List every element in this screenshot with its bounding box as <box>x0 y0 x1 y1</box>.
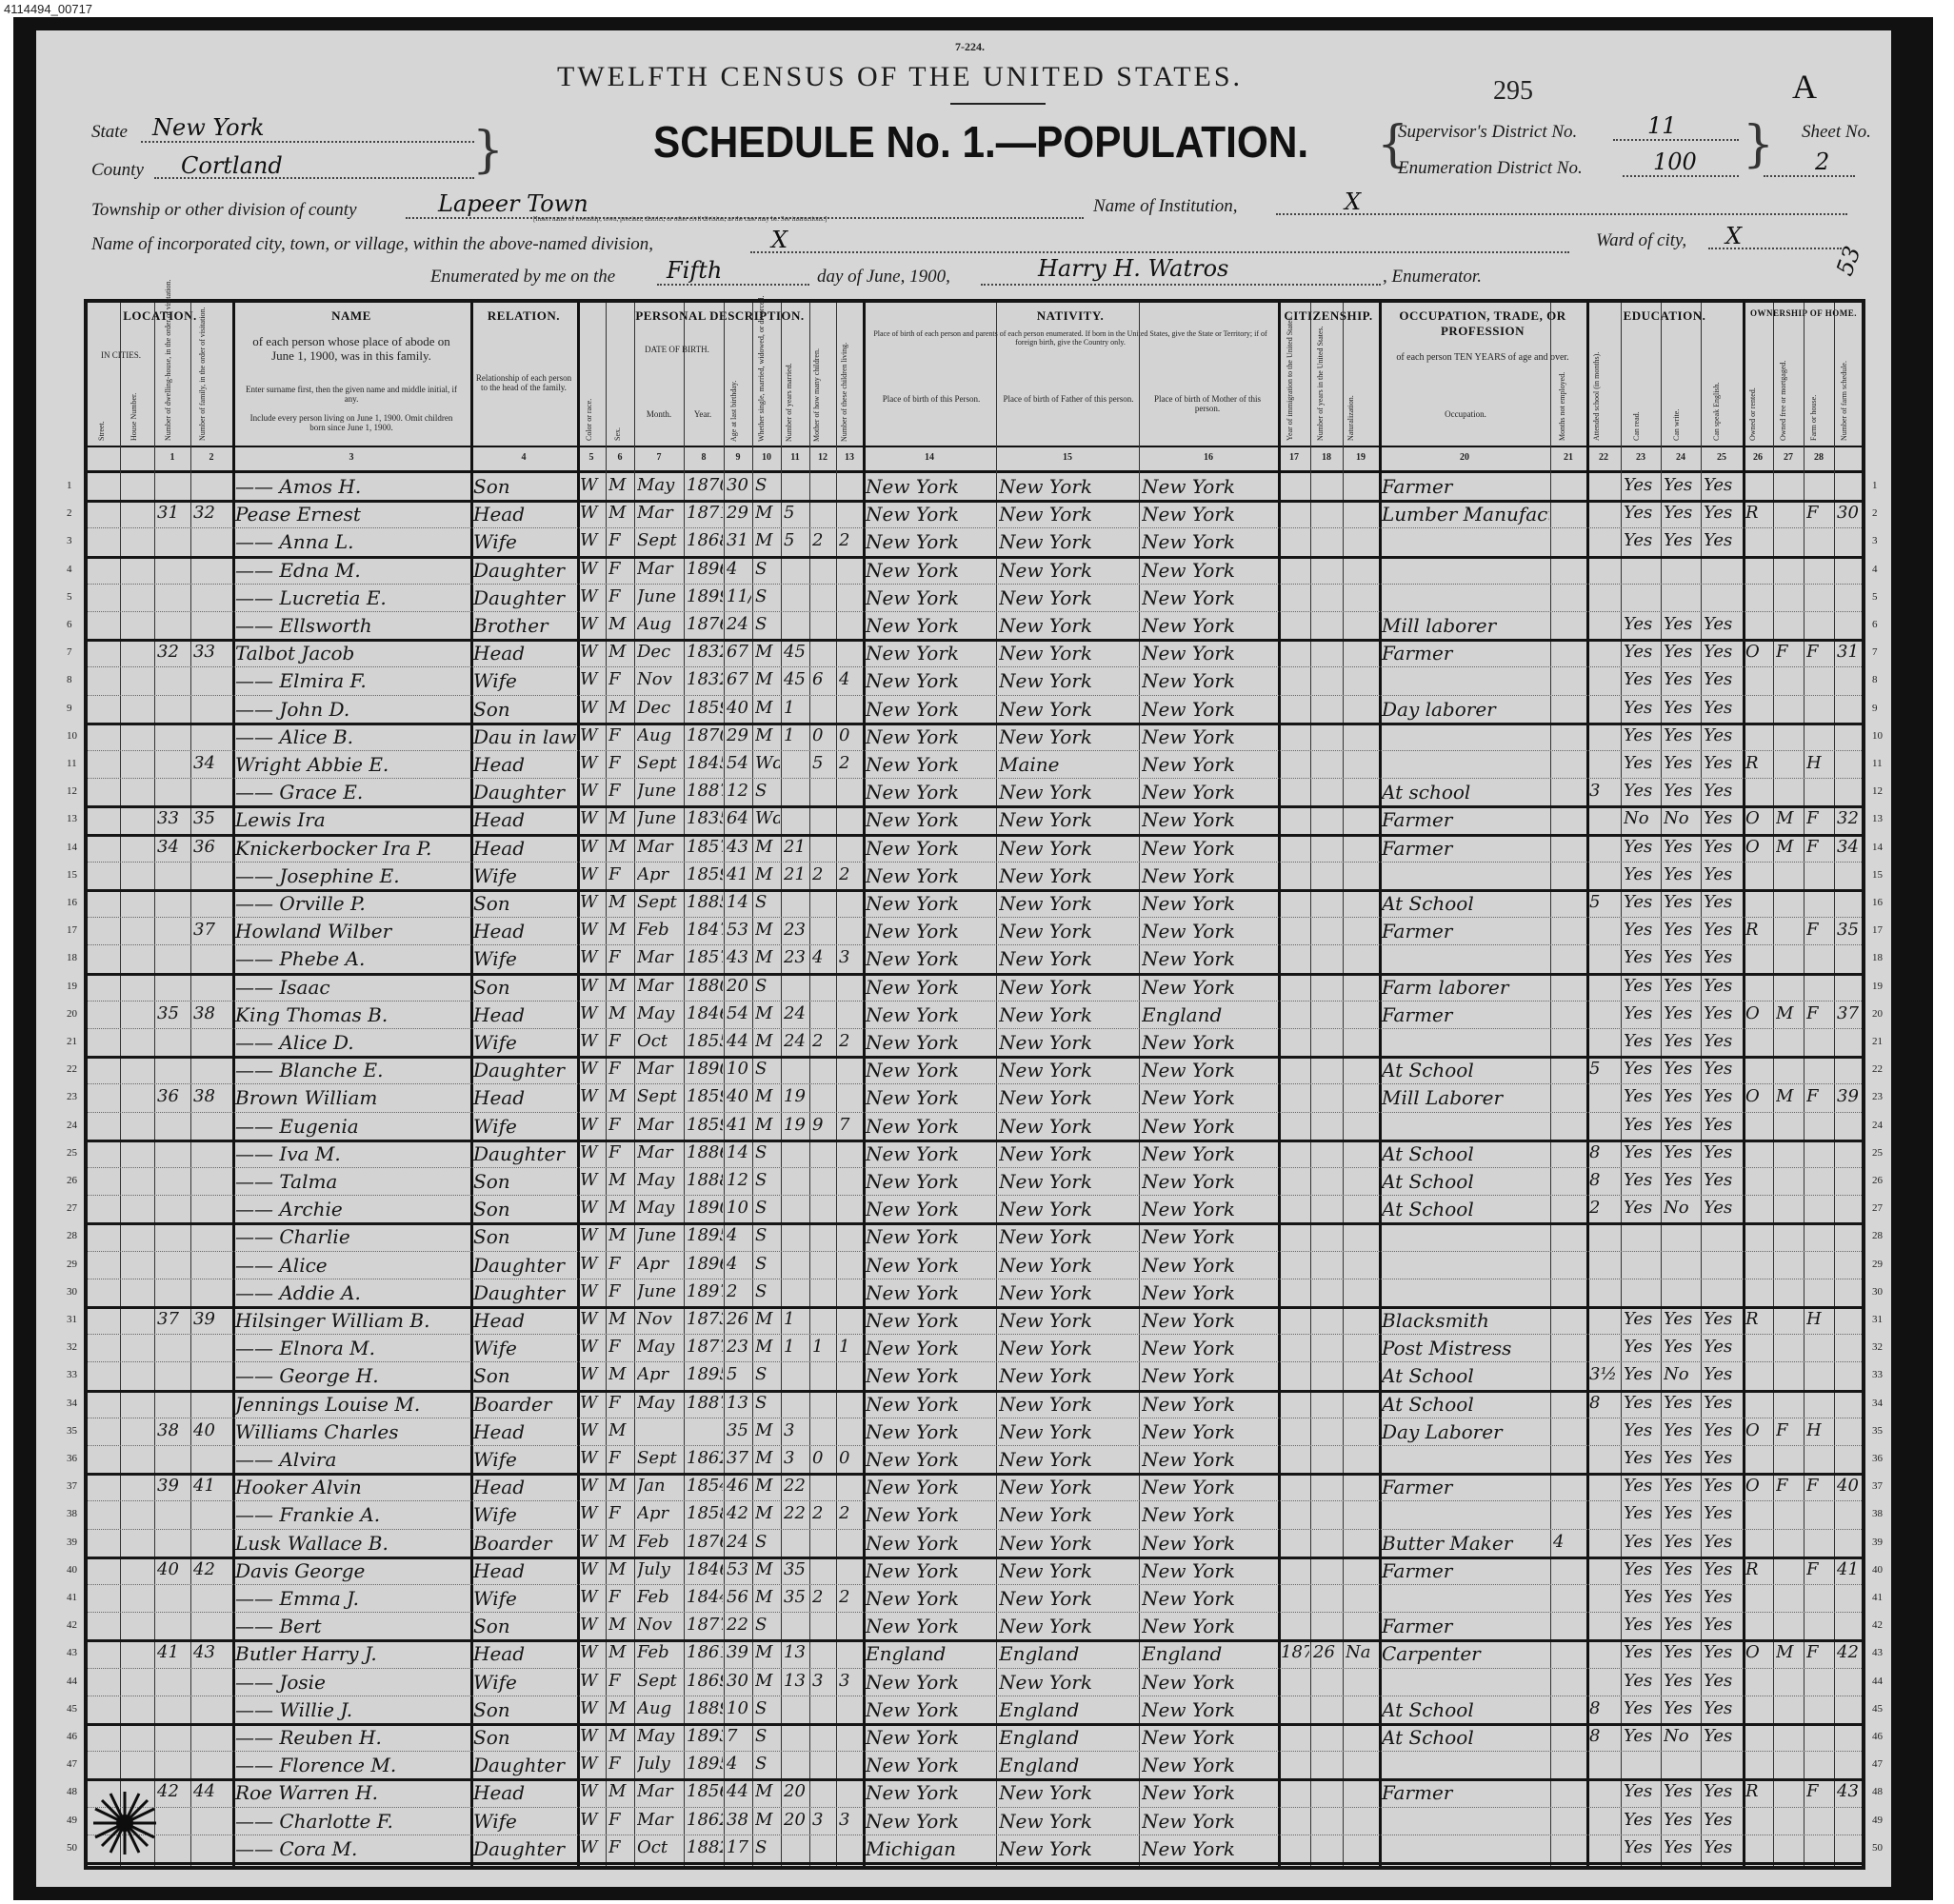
ward-label: Ward of city, <box>1596 230 1686 251</box>
cell-read: Yes <box>1624 1781 1660 1801</box>
header-occupation: Occupation. <box>1385 409 1546 419</box>
cell-pob-mother: New York <box>1142 1698 1277 1721</box>
cell-sex: F <box>608 669 633 689</box>
line-number: 35 <box>67 1425 77 1437</box>
cell-pob-father: New York <box>999 1476 1138 1498</box>
cell-mort: F <box>1776 1476 1803 1496</box>
cell-pob: New York <box>866 1726 995 1749</box>
cell-mother-of: 2 <box>812 1031 835 1051</box>
cell-marital: M <box>755 1309 780 1329</box>
cell-read: Yes <box>1624 475 1660 495</box>
column-number: 19 <box>1343 452 1379 463</box>
cell-living: 2 <box>839 753 862 773</box>
cell-age: 29 <box>727 503 751 523</box>
cell-name: —— Charlotte F. <box>235 1810 469 1833</box>
cell-sex: M <box>608 837 633 857</box>
cell-marital: M <box>755 1587 780 1607</box>
column-number: 26 <box>1743 452 1773 463</box>
cell-relation: Son <box>473 892 576 915</box>
cell-family: 35 <box>193 808 231 828</box>
cell-pob-father: New York <box>999 530 1138 553</box>
cell-relation: Head <box>473 642 576 664</box>
line-number: 15 <box>1872 869 1883 881</box>
cell-year: 1871 <box>687 503 723 523</box>
header-nativity-desc: Place of birth of each person and parent… <box>868 329 1272 347</box>
cell-relation: Head <box>473 1309 576 1332</box>
cell-name: —— Frankie A. <box>235 1503 469 1526</box>
cell-pob-father: New York <box>999 1281 1138 1304</box>
cell-read: Yes <box>1624 1698 1660 1718</box>
cell-year: 1887 <box>687 1393 723 1413</box>
cell-relation: Daughter <box>473 586 576 609</box>
cell-english: Yes <box>1704 1309 1742 1329</box>
cell-sex: M <box>608 1559 633 1579</box>
cell-pob-father: England <box>999 1642 1138 1665</box>
cell-year: 1896 <box>687 1254 723 1274</box>
cell-month: June <box>637 781 683 801</box>
cell-color: W <box>580 1393 605 1413</box>
cell-living: 3 <box>839 1810 862 1830</box>
cell-read: Yes <box>1624 864 1660 884</box>
cell-year: 1857 <box>687 837 723 857</box>
cell-years-married: 13 <box>784 1671 808 1691</box>
line-number: 17 <box>67 924 77 936</box>
cell-write: Yes <box>1664 1142 1700 1162</box>
cell-pob-mother: New York <box>1142 1031 1277 1054</box>
header-personal: PERSONAL DESCRIPTION. <box>577 308 863 324</box>
cell-month: Mar <box>637 837 683 857</box>
cell-relation: Head <box>473 1559 576 1582</box>
cell-english: Yes <box>1704 503 1742 523</box>
cell-color: W <box>580 1115 605 1135</box>
cell-sex: F <box>608 586 633 606</box>
cell-write: Yes <box>1664 753 1700 773</box>
cell-color: W <box>580 1559 605 1579</box>
cell-english: Yes <box>1704 1698 1742 1718</box>
cell-pob: New York <box>866 586 995 609</box>
population-table: LOCATION. IN CITIES. Street. House Numbe… <box>84 299 1865 1870</box>
cell-english: Yes <box>1704 1059 1742 1079</box>
cell-pob: New York <box>866 1532 995 1555</box>
cell-dwelling: 39 <box>157 1476 189 1496</box>
cell-marital: M <box>755 1086 780 1106</box>
cell-relation: Head <box>473 1476 576 1498</box>
line-number: 47 <box>1872 1758 1883 1770</box>
cell-english: Yes <box>1704 976 1742 996</box>
cell-pob: New York <box>866 503 995 526</box>
cell-pob-father: New York <box>999 1671 1138 1694</box>
line-number: 18 <box>67 952 77 963</box>
line-number: 23 <box>1872 1091 1883 1102</box>
cell-mother-of: 2 <box>812 1587 835 1607</box>
cell-marital: S <box>755 781 780 801</box>
line-number: 11 <box>1872 758 1883 769</box>
cell-month: Dec <box>637 642 683 662</box>
line-number: 33 <box>1872 1369 1883 1380</box>
cell-write: Yes <box>1664 1810 1700 1830</box>
cell-year: 1885 <box>687 892 723 912</box>
cell-sex: M <box>608 1086 633 1106</box>
cell-name: Jennings Louise M. <box>235 1393 469 1416</box>
cell-name: —— Alvira <box>235 1448 469 1471</box>
cell-read: Yes <box>1624 1615 1660 1635</box>
cell-occupation: Post Mistress <box>1382 1337 1549 1359</box>
cell-marital: M <box>755 698 780 718</box>
cell-age: 30 <box>727 1671 751 1691</box>
cell-pob-mother: New York <box>1142 753 1277 776</box>
cell-read: Yes <box>1624 1003 1660 1023</box>
line-number: 12 <box>67 785 77 797</box>
row-divider <box>88 695 1862 697</box>
cell-unemployed: 4 <box>1553 1532 1585 1552</box>
cell-color: W <box>580 1532 605 1552</box>
row-divider <box>88 1083 1862 1085</box>
cell-occupation: At School <box>1382 1198 1549 1220</box>
cell-family: 38 <box>193 1086 231 1106</box>
cell-year: 1890 <box>687 1059 723 1079</box>
line-number: 5 <box>1872 591 1878 603</box>
cell-write: Yes <box>1664 1337 1700 1357</box>
cell-relation: Daughter <box>473 781 576 803</box>
cell-farm: F <box>1806 642 1833 662</box>
cell-english: Yes <box>1704 1031 1742 1051</box>
cell-school: 8 <box>1589 1393 1620 1413</box>
cell-own: O <box>1745 1420 1772 1440</box>
cell-family: 39 <box>193 1309 231 1329</box>
column-number: 9 <box>724 452 752 463</box>
row-divider <box>88 1334 1862 1336</box>
cell-english: Yes <box>1704 1142 1742 1162</box>
line-number: 11 <box>67 758 77 769</box>
cell-years-married: 3 <box>784 1448 808 1468</box>
cell-year: 1861 <box>687 1642 723 1662</box>
cell-pob: New York <box>866 753 995 776</box>
cell-name: —— Cora M. <box>235 1837 469 1860</box>
cell-year: 1882 <box>687 1837 723 1857</box>
cell-year: 1868 <box>687 530 723 550</box>
cell-mother-of: 5 <box>812 753 835 773</box>
enumerator-label: , Enumerator. <box>1383 267 1482 288</box>
cell-pob: New York <box>866 837 995 860</box>
cell-year: 1876 <box>687 1532 723 1552</box>
cell-marital: M <box>755 1337 780 1357</box>
cell-occupation: Farmer <box>1382 1559 1549 1582</box>
header-immigration: Year of immigration to the United States… <box>1286 341 1294 441</box>
line-number: 7 <box>67 646 72 658</box>
cell-read: Yes <box>1624 1393 1660 1413</box>
cell-occupation: Farmer <box>1382 808 1549 831</box>
cell-month: June <box>637 586 683 606</box>
institution-line <box>1276 213 1847 215</box>
cell-color: W <box>580 1420 605 1440</box>
cell-pob-father: New York <box>999 1364 1138 1387</box>
line-number: 20 <box>1872 1008 1883 1020</box>
cell-own: O <box>1745 837 1772 857</box>
cell-pob-mother: New York <box>1142 1559 1277 1582</box>
cell-month: Mar <box>637 947 683 967</box>
header-month: Month. <box>634 409 684 419</box>
sheet-line <box>1764 175 1855 177</box>
line-number: 6 <box>1872 619 1878 630</box>
cell-occupation: At School <box>1382 1393 1549 1416</box>
header-months-unemployed: Months not employed. <box>1558 379 1566 441</box>
cell-schedule: 30 <box>1837 503 1862 523</box>
header-year: Year. <box>684 409 722 419</box>
row-divider <box>88 1445 1862 1447</box>
cell-own: O <box>1745 1642 1772 1662</box>
cell-relation: Daughter <box>473 1254 576 1277</box>
cell-school: 8 <box>1589 1698 1620 1718</box>
cell-marital: S <box>755 586 780 606</box>
cell-read: Yes <box>1624 837 1660 857</box>
cell-pob-mother: New York <box>1142 947 1277 970</box>
cell-marital: S <box>755 1059 780 1079</box>
row-divider <box>88 1195 1862 1197</box>
cell-month: May <box>637 1003 683 1023</box>
cell-write: Yes <box>1664 1309 1700 1329</box>
cell-month: Mar <box>637 1142 683 1162</box>
cell-pob-father: New York <box>999 669 1138 692</box>
cell-pob-father: New York <box>999 1448 1138 1471</box>
cell-occupation: Farmer <box>1382 1476 1549 1498</box>
cell-age: 38 <box>727 1810 751 1830</box>
cell-pob: New York <box>866 1503 995 1526</box>
cell-month: June <box>637 1281 683 1301</box>
cell-sex: M <box>608 1532 633 1552</box>
line-number: 7 <box>1872 646 1878 658</box>
cell-mort: M <box>1776 1642 1803 1662</box>
cell-age: 29 <box>727 725 751 745</box>
cell-name: —— Emma J. <box>235 1587 469 1610</box>
column-number: 27 <box>1773 452 1804 463</box>
line-number: 38 <box>67 1508 77 1519</box>
cell-years-married: 20 <box>784 1810 808 1830</box>
cell-relation: Head <box>473 753 576 776</box>
cell-years-married: 1 <box>784 1337 808 1357</box>
schedule-title: SCHEDULE No. 1.—POPULATION. <box>653 116 1308 168</box>
row-divider <box>88 611 1862 613</box>
cell-pob-father: New York <box>999 586 1138 609</box>
cell-age: 40 <box>727 698 751 718</box>
line-number: 29 <box>67 1259 77 1270</box>
cell-read: Yes <box>1624 1170 1660 1190</box>
cell-age: 43 <box>727 947 751 967</box>
cell-relation: Head <box>473 503 576 526</box>
cell-pob: New York <box>866 1781 995 1804</box>
row-divider <box>88 1584 1862 1586</box>
cell-pob-father: New York <box>999 559 1138 582</box>
cell-living: 3 <box>839 947 862 967</box>
column-number: 13 <box>836 452 863 463</box>
header-location: LOCATION. <box>88 308 232 324</box>
cell-marital: S <box>755 1281 780 1301</box>
cell-mort: M <box>1776 1003 1803 1023</box>
cell-own: R <box>1745 920 1772 940</box>
cell-marital: S <box>755 976 780 996</box>
cell-color: W <box>580 586 605 606</box>
cell-pob: New York <box>866 1281 995 1304</box>
cell-year: 1832 <box>687 642 723 662</box>
cell-pob-mother: New York <box>1142 586 1277 609</box>
line-number: 37 <box>67 1480 77 1492</box>
header-occupation-title: OCCUPATION, TRADE, OR PROFESSION <box>1379 308 1586 339</box>
cell-years-married: 22 <box>784 1503 808 1523</box>
row-divider <box>88 778 1862 780</box>
cell-marital: S <box>755 1754 780 1774</box>
line-number: 19 <box>67 981 77 992</box>
cell-read: Yes <box>1624 725 1660 745</box>
cell-marital: S <box>755 1532 780 1552</box>
cell-pob: New York <box>866 920 995 942</box>
cell-month: Apr <box>637 1503 683 1523</box>
column-number: 22 <box>1586 452 1621 463</box>
cell-color: W <box>580 1086 605 1106</box>
brace-district-right: } <box>1743 116 1774 173</box>
cell-english: Yes <box>1704 1726 1742 1746</box>
cell-sex: M <box>608 1615 633 1635</box>
cell-month: May <box>637 1170 683 1190</box>
row-divider <box>88 1279 1862 1280</box>
cell-pob-mother: New York <box>1142 503 1277 526</box>
cell-name: —— Addie A. <box>235 1281 469 1304</box>
cell-occupation: Farmer <box>1382 475 1549 498</box>
cell-pob: New York <box>866 781 995 803</box>
cell-read: Yes <box>1624 1031 1660 1051</box>
cell-sex: F <box>608 1837 633 1857</box>
cell-pob: New York <box>866 1086 995 1109</box>
cell-sex: M <box>608 1642 633 1662</box>
line-number: 48 <box>67 1786 77 1797</box>
cell-pob-father: New York <box>999 1115 1138 1138</box>
cell-sex: M <box>608 475 633 495</box>
cell-own: O <box>1745 1003 1772 1023</box>
cell-sex: F <box>608 1337 633 1357</box>
cell-pob: New York <box>866 614 995 637</box>
cell-month: Mar <box>637 976 683 996</box>
cell-english: Yes <box>1704 781 1742 801</box>
cell-pob-father: New York <box>999 1170 1138 1193</box>
cell-english: Yes <box>1704 1337 1742 1357</box>
column-number: 3 <box>232 452 470 463</box>
cell-schedule: 32 <box>1837 808 1862 828</box>
cell-relation: Son <box>473 475 576 498</box>
cell-pob-father: New York <box>999 976 1138 999</box>
cell-write: Yes <box>1664 475 1700 495</box>
header-free-mortgaged: Owned free or mortgaged. <box>1779 341 1787 441</box>
cell-year: 1847 <box>687 920 723 940</box>
cell-english: Yes <box>1704 1448 1742 1468</box>
cell-marital: M <box>755 1003 780 1023</box>
cell-month: Feb <box>637 920 683 940</box>
cell-english: Yes <box>1704 920 1742 940</box>
cell-family: 32 <box>193 503 231 523</box>
cell-pob-father: New York <box>999 1503 1138 1526</box>
cell-write: Yes <box>1664 1059 1700 1079</box>
cell-relation: Head <box>473 1420 576 1443</box>
cell-month: May <box>637 1726 683 1746</box>
cell-age: 41 <box>727 1115 751 1135</box>
cell-own: R <box>1745 1781 1772 1801</box>
cell-color: W <box>580 1587 605 1607</box>
cell-family: 44 <box>193 1781 231 1801</box>
cell-years-us: 26 <box>1313 1642 1342 1662</box>
cell-years-married: 5 <box>784 503 808 523</box>
cell-schedule: 41 <box>1837 1559 1862 1579</box>
cell-pob-mother: New York <box>1142 1781 1277 1804</box>
line-number: 24 <box>67 1120 77 1131</box>
cell-relation: Wife <box>473 947 576 970</box>
cell-pob-mother: New York <box>1142 1810 1277 1833</box>
cell-sex: M <box>608 1003 633 1023</box>
cell-name: —— Blanche E. <box>235 1059 469 1081</box>
cell-sex: F <box>608 1448 633 1468</box>
cell-read: Yes <box>1624 1448 1660 1468</box>
cell-age: 30 <box>727 475 751 495</box>
cell-month: Aug <box>637 1698 683 1718</box>
line-number: 22 <box>67 1063 77 1075</box>
cell-marital: Wd <box>755 808 780 828</box>
line-number: 40 <box>67 1564 77 1576</box>
header-years-us: Number of years in the United States. <box>1316 341 1325 441</box>
line-number: 28 <box>1872 1230 1883 1241</box>
cell-relation: Head <box>473 1781 576 1804</box>
form-number: 7-224. <box>955 40 985 54</box>
cell-sex: F <box>608 1671 633 1691</box>
cell-write: Yes <box>1664 698 1700 718</box>
cell-year: 1859 <box>687 864 723 884</box>
cell-color: W <box>580 1671 605 1691</box>
cell-year: 1862 <box>687 1810 723 1830</box>
cell-pob-father: New York <box>999 614 1138 637</box>
cell-pob-mother: New York <box>1142 1476 1277 1498</box>
cell-color: W <box>580 808 605 828</box>
cell-name: Talbot Jacob <box>235 642 469 664</box>
line-number: 42 <box>67 1619 77 1631</box>
cell-living: 0 <box>839 725 862 745</box>
cell-dwelling: 37 <box>157 1309 189 1329</box>
line-number: 2 <box>67 507 72 519</box>
township-label: Township or other division of county <box>91 200 357 221</box>
cell-marital: S <box>755 1698 780 1718</box>
cell-dwelling: 34 <box>157 837 189 857</box>
cell-pob: New York <box>866 976 995 999</box>
cell-write: Yes <box>1664 1476 1700 1496</box>
cell-name: Hooker Alvin <box>235 1476 469 1498</box>
enumeration-label: Enumeration District No. <box>1398 158 1583 179</box>
cell-age: 5 <box>727 1364 751 1384</box>
cell-color: W <box>580 1615 605 1635</box>
cell-relation: Head <box>473 920 576 942</box>
cell-farm: F <box>1806 1476 1833 1496</box>
cell-year: 1893 <box>687 1726 723 1746</box>
line-number: 50 <box>67 1842 77 1854</box>
cell-color: W <box>580 1448 605 1468</box>
county-value: Cortland <box>181 152 283 179</box>
cell-pob: New York <box>866 559 995 582</box>
township-value: Lapeer Town <box>438 190 588 217</box>
cell-age: 24 <box>727 1532 751 1552</box>
cell-occupation: Day laborer <box>1382 698 1549 721</box>
line-number: 5 <box>67 591 72 603</box>
cell-read: Yes <box>1624 642 1660 662</box>
cell-relation: Son <box>473 1198 576 1220</box>
cell-year: 1846 <box>687 1003 723 1023</box>
cell-pob-father: England <box>999 1698 1138 1721</box>
cell-color: W <box>580 503 605 523</box>
line-number: 39 <box>67 1537 77 1548</box>
cell-relation: Son <box>473 976 576 999</box>
cell-pob-father: New York <box>999 920 1138 942</box>
